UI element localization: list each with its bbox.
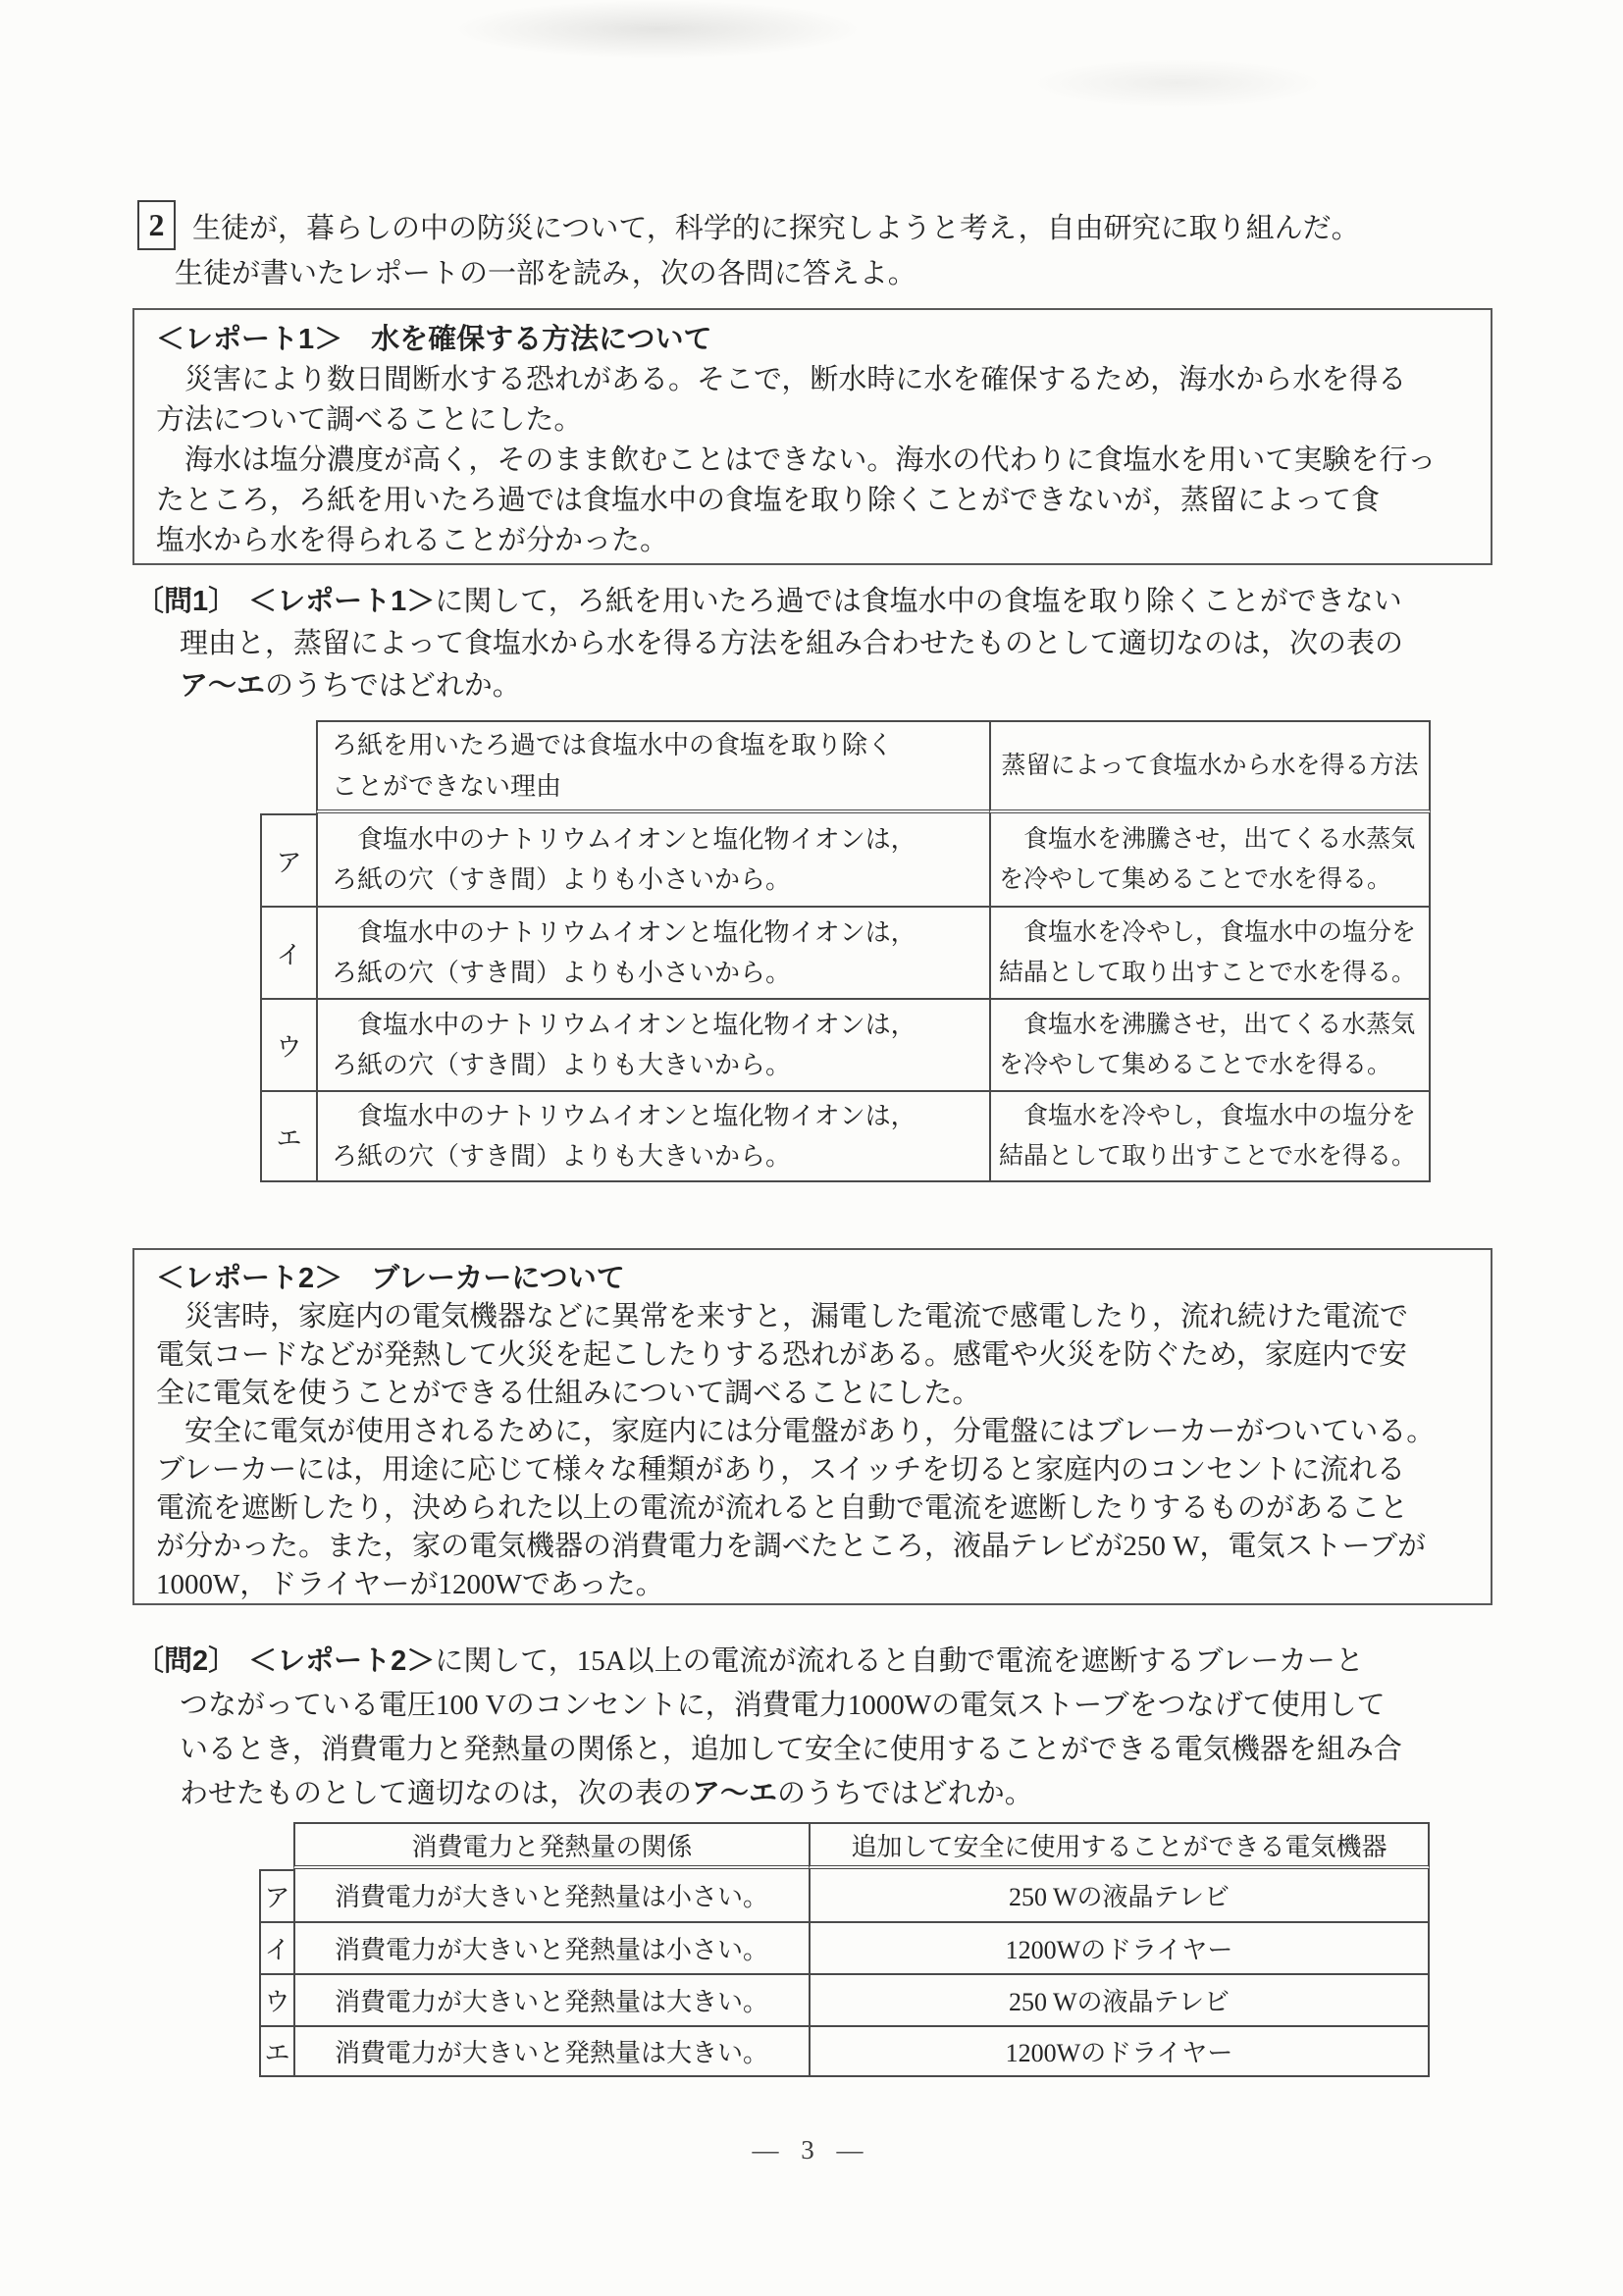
question2-body-end: のうちではどれか。 (777, 1778, 1033, 1809)
table2-header-device: 追加して安全に使用することができる電気機器 (809, 1822, 1430, 1869)
report1-paragraph2: 海水は塩分濃度が高く，そのまま飲むことはできない。海水の代わりに食塩水を用いて実… (156, 441, 1469, 561)
table2-row-e-device-text: 1200Wのドライヤー (811, 2033, 1428, 2069)
table1-row-u-reason: 食塩水中のナトリウムイオンと塩化物イオンは， ろ紙の穴（すき間）よりも大きいから… (316, 998, 989, 1090)
table2-row-a-label: ア (259, 1869, 293, 1921)
table2-row-a-device: 250 Wの液晶テレビ (809, 1869, 1430, 1921)
table1-row-e-reason: 食塩水中のナトリウムイオンと塩化物イオンは， ろ紙の穴（すき間）よりも大きいから… (316, 1090, 989, 1182)
table1-header-reason-text: ろ紙を用いたろ過では食塩水中の食塩を取り除く ことができない理由 (318, 725, 989, 808)
table1-row-a-reason-text: 食塩水中のナトリウムイオンと塩化物イオンは， ろ紙の穴（すき間）よりも小さいから… (318, 819, 989, 900)
table2-row-u-label: ウ (259, 1973, 293, 2025)
table1-row-i-reason-text: 食塩水中のナトリウムイオンと塩化物イオンは， ろ紙の穴（すき間）よりも小さいから… (318, 913, 989, 993)
question2-report-ref: ＜レポート2＞ (248, 1645, 435, 1677)
report1-title: ＜レポート1＞ 水を確保する方法について (156, 320, 1469, 360)
table1-row-u-method: 食塩水を沸騰させ，出てくる水蒸気 を冷やして集めることで水を得る。 (989, 998, 1431, 1090)
table1-row-u-method-text: 食塩水を沸騰させ，出てくる水蒸気 を冷やして集めることで水を得る。 (991, 1005, 1429, 1085)
table2-row-e-device: 1200Wのドライヤー (809, 2025, 1430, 2077)
report1-box: ＜レポート1＞ 水を確保する方法について 災害により数日間断水する恐れがある。そ… (132, 308, 1492, 565)
table1-row-i-method-text: 食塩水を冷やし，食塩水中の塩分を 結晶として取り出すことで水を得る。 (991, 913, 1429, 993)
table1-header-method: 蒸留によって食塩水から水を得る方法 (989, 720, 1431, 813)
report1-paragraph1: 災害により数日間断水する恐れがある。そこで，断水時に水を確保するため，海水から水… (156, 360, 1469, 441)
table1-row-i-reason: 食塩水中のナトリウムイオンと塩化物イオンは， ろ紙の穴（すき間）よりも小さいから… (316, 906, 989, 998)
table2-row-u-device: 250 Wの液晶テレビ (809, 1973, 1430, 2025)
table1-row-i-label: イ (260, 906, 316, 998)
table1-header-reason: ろ紙を用いたろ過では食塩水中の食塩を取り除く ことができない理由 (316, 720, 989, 813)
table1-row-e-label: エ (260, 1090, 316, 1182)
table2-row-a-relation-text: 消費電力が大きいと発熱量は小さい。 (295, 1877, 809, 1913)
table2-row-u-device-text: 250 Wの液晶テレビ (811, 1982, 1428, 2018)
question2-text: 〔問2〕＜レポート2＞に関して，15A以上の電流が流れると自動で電流を遮断するブ… (135, 1640, 1454, 1816)
question2-choice-range: ア〜エ (692, 1778, 777, 1809)
page-number: — 3 — (0, 2135, 1623, 2166)
question2-options-table: 消費電力と発熱量の関係 追加して安全に使用することができる電気機器 ア 消費電力… (259, 1822, 1430, 2077)
table2-row-i-label: イ (259, 1921, 293, 1973)
scan-artifact (451, 0, 864, 59)
table2-row-e-label: エ (259, 2025, 293, 2077)
table1-row-e-reason-text: 食塩水中のナトリウムイオンと塩化物イオンは， ろ紙の穴（すき間）よりも大きいから… (318, 1096, 989, 1176)
table1-row-e-method-text: 食塩水を冷やし，食塩水中の塩分を 結晶として取り出すことで水を得る。 (991, 1096, 1429, 1176)
report2-paragraph2: 安全に電気が使用されるために，家庭内には分電盤があり，分電盤にはブレーカーがつい… (156, 1413, 1469, 1604)
table1-row-u-reason-text: 食塩水中のナトリウムイオンと塩化物イオンは， ろ紙の穴（すき間）よりも大きいから… (318, 1005, 989, 1085)
table1-row-e-method: 食塩水を冷やし，食塩水中の塩分を 結晶として取り出すことで水を得る。 (989, 1090, 1431, 1182)
table1-corner-spacer (260, 720, 316, 813)
question-number-box: 2 (137, 200, 176, 250)
table2-row-e-relation: 消費電力が大きいと発熱量は大きい。 (293, 2025, 809, 2077)
table2-row-u-relation: 消費電力が大きいと発熱量は大きい。 (293, 1973, 809, 2025)
table2-row-a-device-text: 250 Wの液晶テレビ (811, 1877, 1428, 1913)
table2-row-a-relation: 消費電力が大きいと発熱量は小さい。 (293, 1869, 809, 1921)
table1-row-a-method-text: 食塩水を沸騰させ，出てくる水蒸気 を冷やして集めることで水を得る。 (991, 819, 1429, 900)
question-intro-line2: 生徒が書いたレポートの一部を読み，次の各問に答えよ。 (175, 251, 916, 291)
table1-header-method-text: 蒸留によって食塩水から水を得る方法 (991, 746, 1429, 786)
question1-report-ref: ＜レポート1＞ (248, 586, 435, 617)
table2-header-device-text: 追加して安全に使用することができる電気機器 (811, 1827, 1428, 1863)
report2-title: ＜レポート2＞ ブレーカーについて (156, 1260, 1469, 1298)
table1-row-a-label: ア (260, 813, 316, 906)
table2-row-i-relation-text: 消費電力が大きいと発熱量は小さい。 (295, 1930, 809, 1966)
table2-row-i-relation: 消費電力が大きいと発熱量は小さい。 (293, 1921, 809, 1973)
table2-corner-spacer (259, 1822, 293, 1869)
table1-row-a-method: 食塩水を沸騰させ，出てくる水蒸気 を冷やして集めることで水を得る。 (989, 813, 1431, 906)
question1-options-table: ろ紙を用いたろ過では食塩水中の食塩を取り除く ことができない理由 蒸留によって食… (260, 720, 1431, 1182)
question1-text: 〔問1〕＜レポート1＞に関して，ろ紙を用いたろ過では食塩水中の食塩を取り除くこと… (135, 581, 1454, 707)
question1-body-end: のうちではどれか。 (265, 670, 521, 702)
table2-row-u-relation-text: 消費電力が大きいと発熱量は大きい。 (295, 1982, 809, 2018)
table2-header-relation-text: 消費電力と発熱量の関係 (295, 1827, 809, 1863)
table2-row-e-relation-text: 消費電力が大きいと発熱量は大きい。 (295, 2033, 809, 2069)
report2-box: ＜レポート2＞ ブレーカーについて 災害時，家庭内の電気機器などに異常を来すと，… (132, 1248, 1492, 1605)
question1-label: 〔問1〕 (135, 586, 236, 617)
table1-row-a-reason: 食塩水中のナトリウムイオンと塩化物イオンは， ろ紙の穴（すき間）よりも小さいから… (316, 813, 989, 906)
table2-header-relation: 消費電力と発熱量の関係 (293, 1822, 809, 1869)
table1-row-i-method: 食塩水を冷やし，食塩水中の塩分を 結晶として取り出すことで水を得る。 (989, 906, 1431, 998)
question-intro-line1: 生徒が，暮らしの中の防災について，科学的に探究しようと考え，自由研究に取り組んだ… (192, 206, 1360, 246)
report2-paragraph1: 災害時，家庭内の電気機器などに異常を来すと，漏電した電流で感電したり，流れ続けた… (156, 1298, 1469, 1413)
table2-row-i-device-text: 1200Wのドライヤー (811, 1930, 1428, 1966)
question2-label: 〔問2〕 (135, 1645, 236, 1677)
table2-row-i-device: 1200Wのドライヤー (809, 1921, 1430, 1973)
table1-row-u-label: ウ (260, 998, 316, 1090)
question1-choice-range: ア〜エ (180, 670, 265, 702)
scan-artifact (1030, 59, 1325, 108)
